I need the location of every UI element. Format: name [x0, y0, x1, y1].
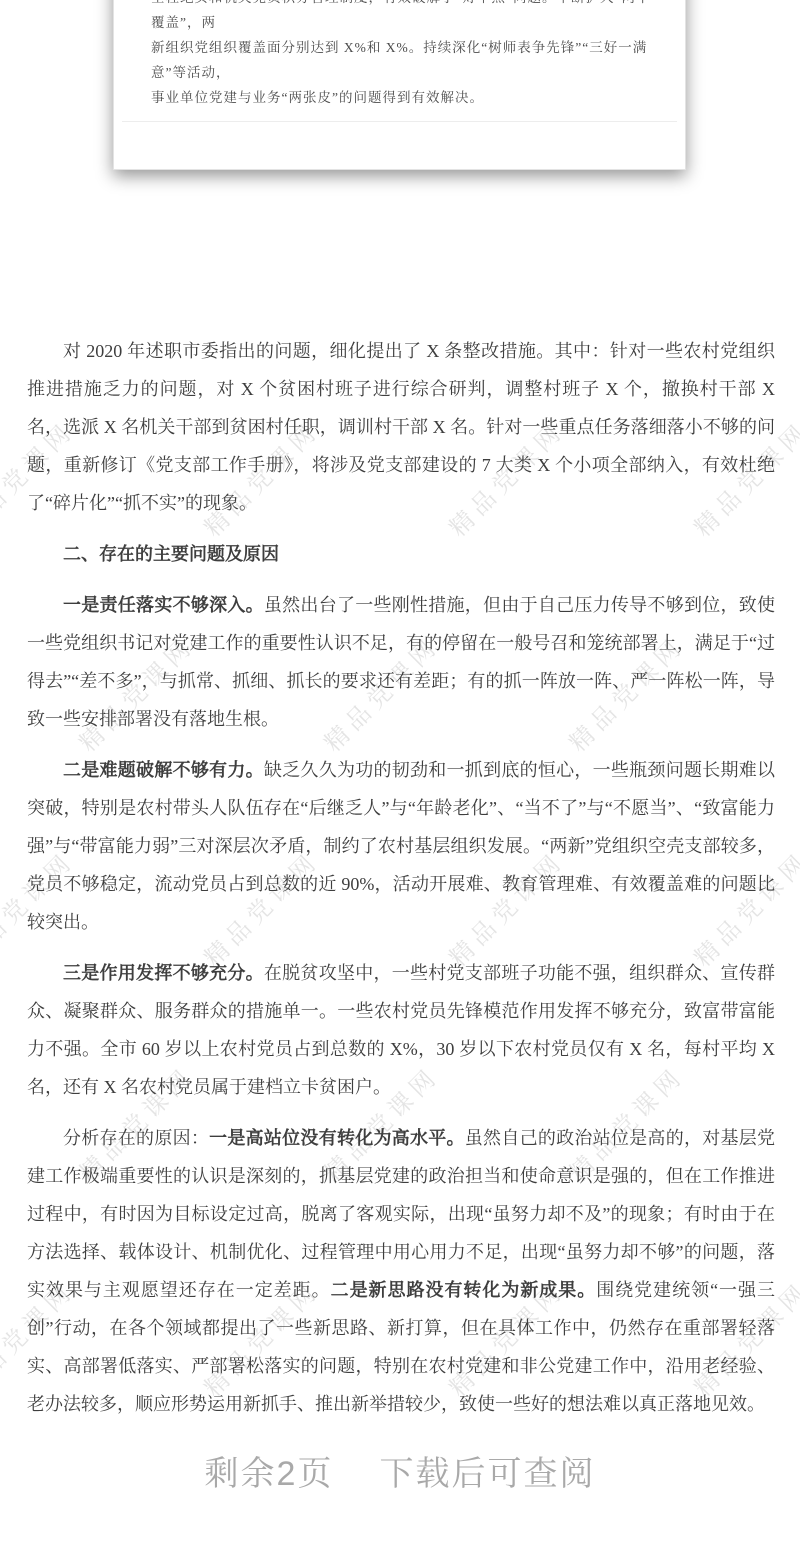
- bold-run: 三是作用发挥不够充分。: [63, 963, 264, 983]
- section-heading: 二、存在的主要问题及原因: [27, 535, 775, 573]
- paragraph: 二是难题破解不够有力。缺乏久久为功的韧劲和一抓到底的恒心，一些瓶颈问题长期难以突…: [27, 751, 775, 941]
- text-run: 分析存在的原因：: [63, 1128, 209, 1148]
- preview-line: 全程纪实和机关党员积分管理制度，有效破解了“灯下黑”问题。不断扩大“两个覆盖”，…: [151, 0, 657, 35]
- preview-line: 事业单位党建与业务“两张皮”的问题得到有效解决。: [151, 85, 657, 110]
- bold-run: 二、存在的主要问题及原因: [63, 544, 279, 564]
- paragraph: 三是作用发挥不够充分。在脱贫攻坚中，一些村党支部班子功能不强，组织群众、宣传群众…: [27, 954, 775, 1106]
- document-preview-page: 全程纪实和机关党员积分管理制度，有效破解了“灯下黑”问题。不断扩大“两个覆盖”，…: [0, 0, 800, 1548]
- bold-run: 二是难题破解不够有力。: [63, 760, 264, 780]
- remaining-pages-label: 剩余2页: [205, 1455, 334, 1493]
- text-run: 虽然自己的政治站位是高的，对基层党建工作极端重要性的认识是深刻的，抓基层党建的政…: [27, 1128, 775, 1300]
- page-end-divider: [122, 121, 677, 122]
- paragraph: 一是责任落实不够深入。虽然出台了一些刚性措施，但由于自己压力传导不够到位，致使一…: [27, 586, 775, 738]
- remaining-pages-notice: 剩余2页下载后可查阅: [0, 1446, 800, 1495]
- paragraph: 对 2020 年述职市委指出的问题，细化提出了 X 条整改措施。其中：针对一些农…: [27, 332, 775, 522]
- text-run: 缺乏久久为功的韧劲和一抓到底的恒心，一些瓶颈问题长期难以突破，特别是农村带头人队…: [27, 760, 775, 932]
- preview-text-block: 全程纪实和机关党员积分管理制度，有效破解了“灯下黑”问题。不断扩大“两个覆盖”，…: [114, 0, 685, 110]
- download-hint-label: 下载后可查阅: [379, 1455, 595, 1493]
- bold-run: 二是新思路没有转化为新成果。: [331, 1280, 597, 1300]
- text-run: 对 2020 年述职市委指出的问题，细化提出了 X 条整改措施。其中：针对一些农…: [27, 341, 775, 513]
- preview-line: 新组织党组织覆盖面分别达到 X%和 X%。持续深化“树师表争先锋”“三好一满意”…: [151, 35, 657, 85]
- text-run: 围绕党建统领“一强三创”行动，在各个领域都提出了一些新思路、新打算，但在具体工作…: [27, 1280, 775, 1414]
- document-body: 对 2020 年述职市委指出的问题，细化提出了 X 条整改措施。其中：针对一些农…: [27, 332, 775, 1436]
- page-preview-card: 全程纪实和机关党员积分管理制度，有效破解了“灯下黑”问题。不断扩大“两个覆盖”，…: [113, 0, 686, 170]
- bold-run: 一是责任落实不够深入。: [63, 595, 264, 615]
- text-run: 虽然出台了一些刚性措施，但由于自己压力传导不够到位，致使一些党组织书记对党建工作…: [27, 595, 775, 729]
- paragraph: 分析存在的原因：一是高站位没有转化为高水平。虽然自己的政治站位是高的，对基层党建…: [27, 1119, 775, 1423]
- bold-run: 一是高站位没有转化为高水平。: [209, 1128, 465, 1148]
- text-run: 在脱贫攻坚中，一些村党支部班子功能不强，组织群众、宣传群众、凝聚群众、服务群众的…: [27, 963, 775, 1097]
